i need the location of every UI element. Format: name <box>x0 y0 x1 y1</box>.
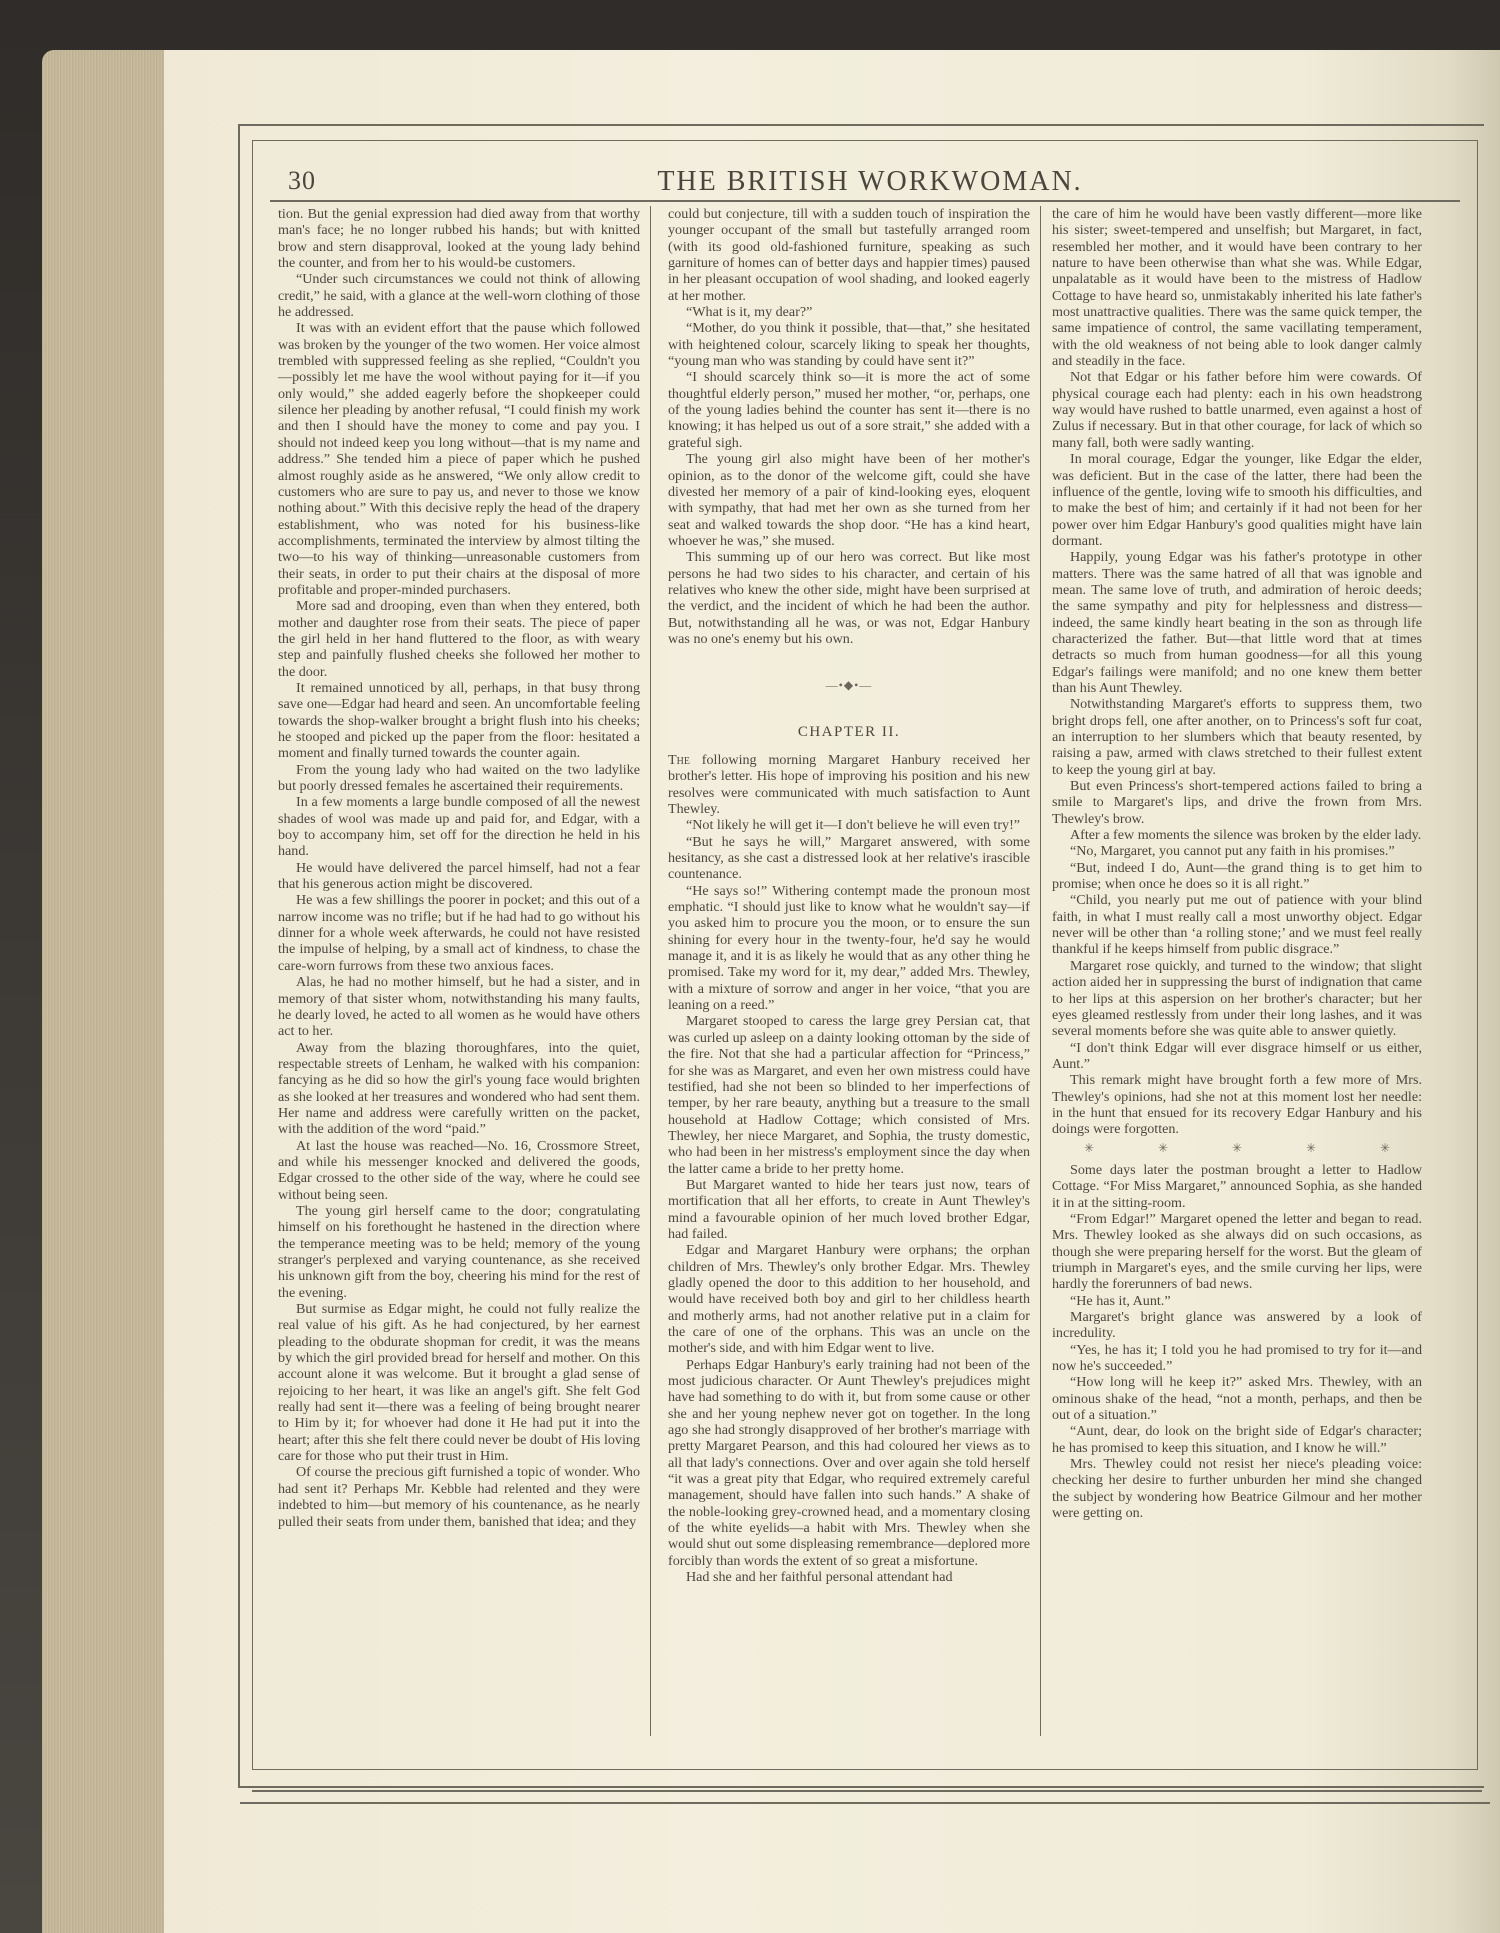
paragraph: “Under such circumstances we could not t… <box>278 271 640 320</box>
paragraph: tion. But the genial expression had died… <box>278 206 640 271</box>
paragraph: At last the house was reached—No. 16, Cr… <box>278 1138 640 1203</box>
running-title: THE BRITISH WORKWOMAN. <box>270 166 1470 198</box>
paragraph: “Aunt, dear, do look on the bright side … <box>1052 1423 1422 1456</box>
section-ornament: —•◆•— <box>668 677 1030 693</box>
text-column-1: tion. But the genial expression had died… <box>278 206 640 1530</box>
paragraph: Alas, he had no mother himself, but he h… <box>278 974 640 1039</box>
paragraph: Margaret stooped to caress the large gre… <box>668 1013 1030 1176</box>
paragraph: “What is it, my dear?” <box>668 304 1030 320</box>
paragraph: He was a few shillings the poorer in poc… <box>278 892 640 974</box>
asterisk-icon: ✳ <box>1380 1140 1390 1156</box>
paragraph: But Margaret wanted to hide her tears ju… <box>668 1177 1030 1242</box>
paragraph: This remark might have brought forth a f… <box>1052 1072 1422 1137</box>
asterisk-icon: ✳ <box>1084 1140 1094 1156</box>
asterisk-icon: ✳ <box>1232 1140 1242 1156</box>
column-divider <box>1040 206 1041 1736</box>
paragraph: From the young lady who had waited on th… <box>278 762 640 795</box>
paragraph: Away from the blazing thoroughfares, int… <box>278 1040 640 1138</box>
page-edges <box>42 50 164 1933</box>
paragraph: The following morning Margaret Hanbury r… <box>668 752 1030 817</box>
paragraph: “How long will he keep it?” asked Mrs. T… <box>1052 1374 1422 1423</box>
paragraph: “I should scarcely think so—it is more t… <box>668 369 1030 451</box>
text-column-3: the care of him he would have been vastl… <box>1052 206 1422 1522</box>
paragraph: Perhaps Edgar Hanbury's early training h… <box>668 1357 1030 1569</box>
paragraph-text: following morning Margaret Hanbury recei… <box>668 752 1030 817</box>
paragraph: Margaret rose quickly, and turned to the… <box>1052 958 1422 1040</box>
paragraph: Margaret's bright glance was answered by… <box>1052 1309 1422 1342</box>
paragraph: It was with an evident effort that the p… <box>278 320 640 598</box>
paragraph: The young girl herself came to the door;… <box>278 1203 640 1301</box>
paragraph: “Not likely he will get it—I don't belie… <box>668 817 1030 833</box>
section-break-asterisks: ✳ ✳ ✳ ✳ ✳ <box>1052 1140 1422 1156</box>
paragraph: “But, indeed I do, Aunt—the grand thing … <box>1052 860 1422 893</box>
paragraph: This summing up of our hero was correct.… <box>668 549 1030 647</box>
paragraph: “But he says he will,” Margaret answered… <box>668 834 1030 883</box>
chapter-heading: CHAPTER II. <box>668 724 1030 740</box>
paragraph: could but conjecture, till with a sudden… <box>668 206 1030 304</box>
paragraph: More sad and drooping, even than when th… <box>278 598 640 680</box>
text-column-2: could but conjecture, till with a sudden… <box>668 206 1030 1586</box>
paragraph: Edgar and Margaret Hanbury were orphans;… <box>668 1242 1030 1356</box>
paragraph: “From Edgar!” Margaret opened the letter… <box>1052 1211 1422 1293</box>
paragraph: “Yes, he has it; I told you he had promi… <box>1052 1342 1422 1375</box>
paragraph: After a few moments the silence was brok… <box>1052 827 1422 843</box>
paragraph: “He has it, Aunt.” <box>1052 1293 1422 1309</box>
paragraph: “No, Margaret, you cannot put any faith … <box>1052 843 1422 859</box>
paragraph: Not that Edgar or his father before him … <box>1052 369 1422 451</box>
paragraph: In a few moments a large bundle composed… <box>278 794 640 859</box>
running-header: 30 THE BRITISH WORKWOMAN. <box>270 160 1470 200</box>
paragraph: The young girl also might have been of h… <box>668 451 1030 549</box>
paragraph: In moral courage, Edgar the younger, lik… <box>1052 451 1422 549</box>
paragraph: Mrs. Thewley could not resist her niece'… <box>1052 1456 1422 1521</box>
paragraph: Notwithstanding Margaret's efforts to su… <box>1052 696 1422 778</box>
asterisk-icon: ✳ <box>1158 1140 1168 1156</box>
paragraph: Some days later the postman brought a le… <box>1052 1162 1422 1211</box>
paragraph: “Mother, do you think it possible, that—… <box>668 320 1030 369</box>
paragraph: “I don't think Edgar will ever disgrace … <box>1052 1040 1422 1073</box>
footer-rule <box>252 1790 1482 1792</box>
paragraph: the care of him he would have been vastl… <box>1052 206 1422 369</box>
asterisk-icon: ✳ <box>1306 1140 1316 1156</box>
paragraph: He would have delivered the parcel himse… <box>278 860 640 893</box>
paragraph: But surmise as Edgar might, he could not… <box>278 1301 640 1464</box>
chapter-opening-word: The <box>668 752 690 768</box>
header-rule <box>270 200 1460 202</box>
paragraph: “He says so!” Withering contempt made th… <box>668 883 1030 1014</box>
footer-rule-outer <box>240 1802 1490 1804</box>
column-divider <box>650 206 651 1736</box>
paragraph: Of course the precious gift furnished a … <box>278 1464 640 1529</box>
paragraph: “Child, you nearly put me out of patienc… <box>1052 892 1422 957</box>
paragraph: It remained unnoticed by all, perhaps, i… <box>278 680 640 762</box>
paragraph: Happily, young Edgar was his father's pr… <box>1052 549 1422 696</box>
paragraph: Had she and her faithful personal attend… <box>668 1569 1030 1585</box>
paragraph: But even Princess's short-tempered actio… <box>1052 778 1422 827</box>
